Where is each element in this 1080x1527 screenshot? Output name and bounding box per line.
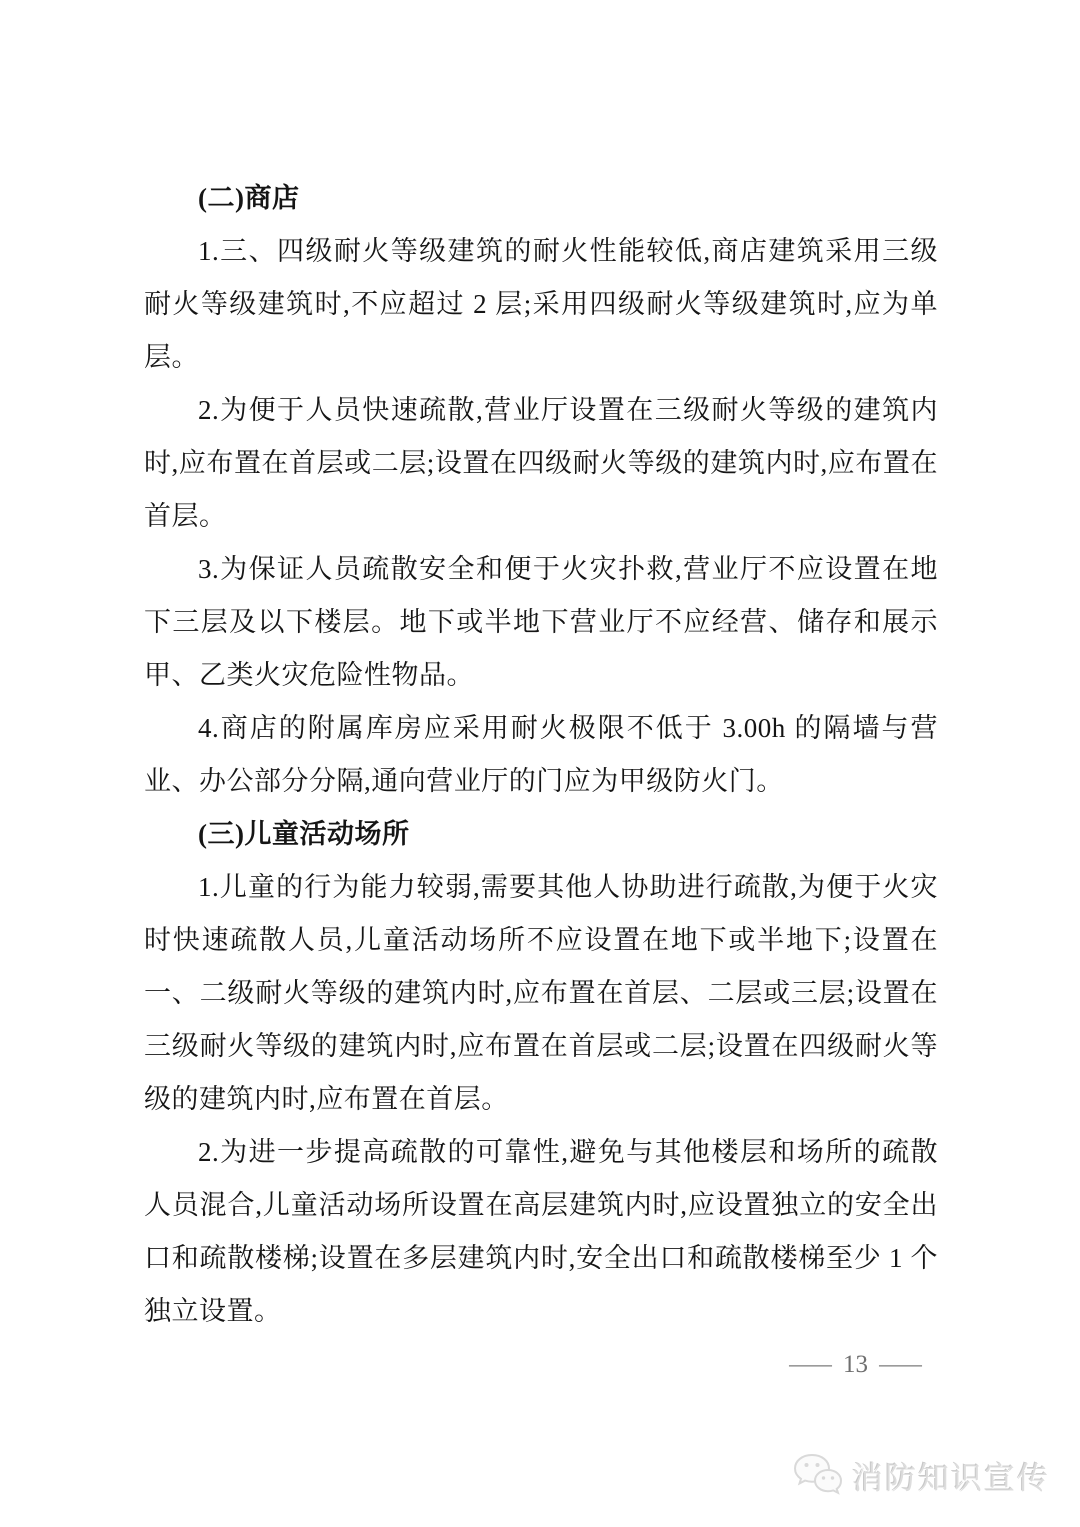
watermark: 消防知识宣传 xyxy=(792,1452,1050,1498)
page-number-value: 13 xyxy=(843,1350,868,1380)
document-page: (二)商店 1.三、四级耐火等级建筑的耐火性能较低,商店建筑采用三级耐火等级建筑… xyxy=(0,0,1080,1527)
wechat-icon xyxy=(792,1452,844,1498)
page-number: — 13 — xyxy=(798,1350,913,1380)
paragraph-shops-3: 3.为保证人员疏散安全和便于火灾扑救,营业厅不应设置在地下三层及以下楼层。地下或… xyxy=(144,543,938,702)
page-number-dash-left: — xyxy=(789,1350,832,1380)
document-body: (二)商店 1.三、四级耐火等级建筑的耐火性能较低,商店建筑采用三级耐火等级建筑… xyxy=(144,172,938,1338)
page-number-dash-right: — xyxy=(879,1350,922,1380)
paragraph-shops-1: 1.三、四级耐火等级建筑的耐火性能较低,商店建筑采用三级耐火等级建筑时,不应超过… xyxy=(144,225,938,384)
section-heading-children-activity: (三)儿童活动场所 xyxy=(144,808,938,861)
watermark-text: 消防知识宣传 xyxy=(852,1453,1050,1498)
section-heading-shops: (二)商店 xyxy=(144,172,938,225)
paragraph-shops-4: 4.商店的附属库房应采用耐火极限不低于 3.00h 的隔墙与营业、办公部分分隔,… xyxy=(144,702,938,808)
paragraph-shops-2: 2.为便于人员快速疏散,营业厅设置在三级耐火等级的建筑内时,应布置在首层或二层;… xyxy=(144,384,938,543)
paragraph-children-1: 1.儿童的行为能力较弱,需要其他人协助进行疏散,为便于火灾时快速疏散人员,儿童活… xyxy=(144,861,938,1126)
paragraph-children-2: 2.为进一步提高疏散的可靠性,避免与其他楼层和场所的疏散人员混合,儿童活动场所设… xyxy=(144,1126,938,1338)
